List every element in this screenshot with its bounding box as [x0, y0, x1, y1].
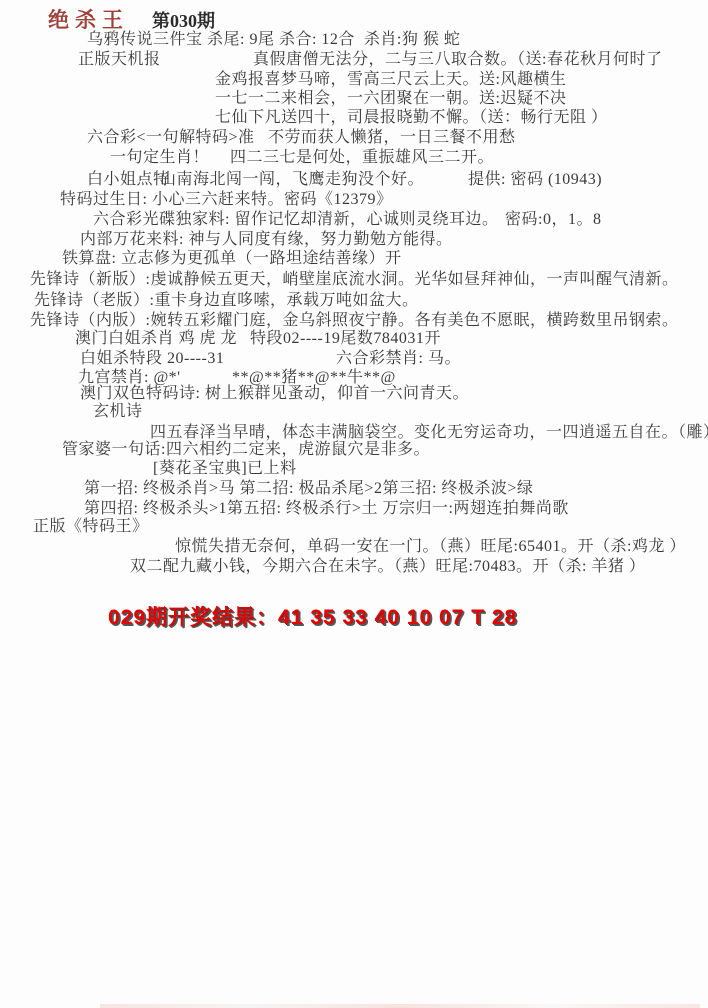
tianji-verse-3: 一七一二来相会，一六团聚在一朝。送:迟疑不决 — [215, 89, 566, 109]
tianji-report-label: 正版天机报 — [78, 50, 161, 70]
internal-material-line: 内部万花来料: 神与人同度有缘，努力勤勉方能得。 — [80, 230, 452, 250]
baijie-kill-segment: 白姐杀特段 20----31 — [80, 349, 224, 369]
pioneer-poem-inner: 先锋诗（内版）:婉转五彩耀门庭，金乌斜照夜宁静。各有美色不愿眠，横跨数里吊钢索。 — [30, 311, 678, 331]
tema-king-title: 正版《特码王》 — [33, 517, 149, 537]
housekeeper-line: 管家婆一句话:四六相约二定来，虎游鼠穴是非多。 — [62, 440, 430, 460]
forbidden-zodiac: 六合彩禁肖: 马。 — [336, 349, 461, 369]
tianji-verse-1: 真假唐僧无法分，二与三八取合数。（送:春花秋月何时了 — [253, 50, 662, 70]
one-line-special-label: 六合彩<一句解特码>准 — [87, 128, 255, 148]
sunflower-moves-1: 第一招: 终极杀肖>马 第二招: 极品杀尾>2第三招: 终极杀波>绿 — [84, 479, 533, 499]
macau-two-color-poem: 澳门双色特码诗: 树上猴群见蚤动，仰首一六问青天。 — [80, 384, 469, 404]
cd-exclusive-line: 六合彩光碟独家料: 留作记忆却清新，心诚则灵绕耳边。 — [93, 210, 498, 230]
mystery-poem-title: 玄机诗 — [93, 402, 143, 422]
miss-bai-text: 山南海北闯一闯，飞鹰走狗没个好。 — [160, 170, 424, 190]
cd-password: 密码:0，1。8 — [505, 210, 601, 230]
special-segment: 特段02----19尾数784031开 — [250, 329, 441, 349]
zodiac-line-label: 一句定生肖！ — [110, 148, 209, 168]
iron-abacus-line: 铁算盘: 立志修为更孤单（一路坦途结善缘）开 — [62, 249, 401, 269]
crow-legend-line: 乌鸦传说三件宝 杀尾: 9尾 杀合: 12合 杀肖:狗 猴 蛇 — [87, 30, 460, 50]
tema-king-verse-2: 双二配九藏小钱，今期六合在未字。（燕）旺尾:70483。开（杀: 羊猪 ） — [130, 557, 645, 577]
one-line-special-text: 不劳而获人懒猪，一日三餐不用愁 — [268, 128, 516, 148]
pioneer-poem-new: 先锋诗（新版）:虔诚静候五更天，峭壁崖底流水洞。光华如昼拜神仙，一声叫醒气清新。 — [30, 270, 678, 290]
sunflower-moves-2: 第四招: 终极杀头>1第五招: 终极杀行>土 万宗归一:两翅连拍舞尚歌 — [84, 499, 569, 519]
tianji-verse-2: 金鸡报喜梦马啼，雪高三尺云上天。送:风趣横生 — [215, 70, 566, 90]
tianji-verse-4: 七仙下凡送四十，司晨报晓勤不懈。（送：畅行无阻 ） — [215, 108, 608, 128]
sunflower-title: [葵花圣宝典]已上料 — [153, 459, 297, 479]
pioneer-poem-old: 先锋诗（老版）:重卡身边直哆嗦，承载万吨如盆大。 — [34, 291, 418, 311]
zodiac-line-text: 四二三七是何处，重振雄风三二开。 — [230, 148, 494, 168]
miss-bai-label: 白小姐点特 — [87, 170, 170, 190]
tema-king-verse-1: 惊慌失措无奈何，单码一安在一门。（燕）旺尾:65401。开（杀:鸡龙 ） — [175, 537, 686, 557]
scan-artifact — [100, 1004, 700, 1008]
draw-results-banner: 029期开奖结果：41 35 33 40 10 07 T 28 — [108, 601, 517, 631]
birthday-line: 特码过生日: 小心三六赶来特。密码《12379》 — [60, 190, 392, 210]
lottery-tip-sheet: 绝杀王 第030期 乌鸦传说三件宝 杀尾: 9尾 杀合: 12合 杀肖:狗 猴 … — [0, 0, 708, 1008]
miss-bai-password: 提供: 密码 (10943) — [468, 170, 602, 190]
macau-kill-zodiac: 澳门白姐杀肖 鸡 虎 龙 — [75, 329, 237, 349]
